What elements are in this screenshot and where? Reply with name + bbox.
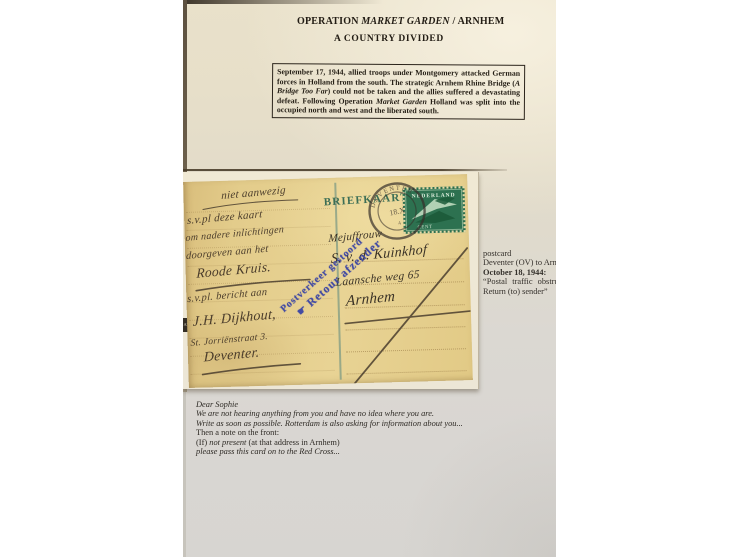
text-segment: Then a note on the front: <box>196 428 279 437</box>
translation-line: please pass this card on to the Red Cros… <box>196 447 506 456</box>
text-segment: September 17, 1944, allied troops under … <box>277 67 520 87</box>
text-segment: not present <box>209 438 246 447</box>
title-segments: OPERATION MARKET GARDEN / ARNHEM <box>297 16 504 27</box>
text-segment: We are not hearing anything from you and… <box>196 409 434 418</box>
translation-line: Write as soon as possible. Rotterdam is … <box>196 419 506 428</box>
intro-text-box: September 17, 1944, allied troops under … <box>272 63 525 120</box>
translation-line: Dear Sophie <box>196 400 506 409</box>
exhibit-photo: OPERATION MARKET GARDEN / ARNHEM A COUNT… <box>183 0 556 557</box>
caption-line: Deventer (OV) to Arnhem <box>483 258 556 267</box>
caption-line: postcard <box>483 249 556 258</box>
text-segment: Dear Sophie <box>196 400 238 409</box>
translation-line: We are not hearing anything from you and… <box>196 409 506 418</box>
text-segment: / ARNHEM <box>450 16 505 27</box>
text-segment: please pass this card on to the Red Cros… <box>196 447 340 456</box>
postcard: BRIEFKAART NEDERLAND CENT DEVENTER <box>183 174 473 388</box>
translation-line: (If) not present (at that address in Arn… <box>196 438 506 447</box>
caption-line: “Postal traffic obstructed. <box>483 277 556 286</box>
mount-top-edge <box>183 169 507 171</box>
translation-lines: Dear SophieWe are not hearing anything f… <box>196 400 506 456</box>
pen-strokes <box>183 174 473 388</box>
caption-lines: postcardDeventer (OV) to ArnhemOctober 1… <box>483 249 556 296</box>
photo-left-edge-lower <box>183 392 186 557</box>
text-segment: Market Garden <box>376 96 427 105</box>
caption-line: Return (to) sender” <box>483 287 556 296</box>
exhibit-subtitle: A COUNTRY DIVIDED <box>334 34 444 44</box>
photo-top-shadow <box>183 0 383 4</box>
text-segment: MARKET GARDEN <box>361 16 449 27</box>
text-segment: (If) <box>196 438 209 447</box>
caption-line: October 18, 1944: <box>483 268 556 277</box>
text-segment: Write as soon as possible. Rotterdam is … <box>196 419 463 428</box>
text-segment: (at that address in Arnhem) <box>246 438 339 447</box>
intro-box-segments: September 17, 1944, allied troops under … <box>277 67 520 115</box>
text-segment: OPERATION <box>297 16 361 27</box>
screenshot-canvas: OPERATION MARKET GARDEN / ARNHEM A COUNT… <box>0 0 740 557</box>
translation-line: Then a note on the front: <box>196 428 506 437</box>
exhibit-title: OPERATION MARKET GARDEN / ARNHEM <box>297 16 504 27</box>
